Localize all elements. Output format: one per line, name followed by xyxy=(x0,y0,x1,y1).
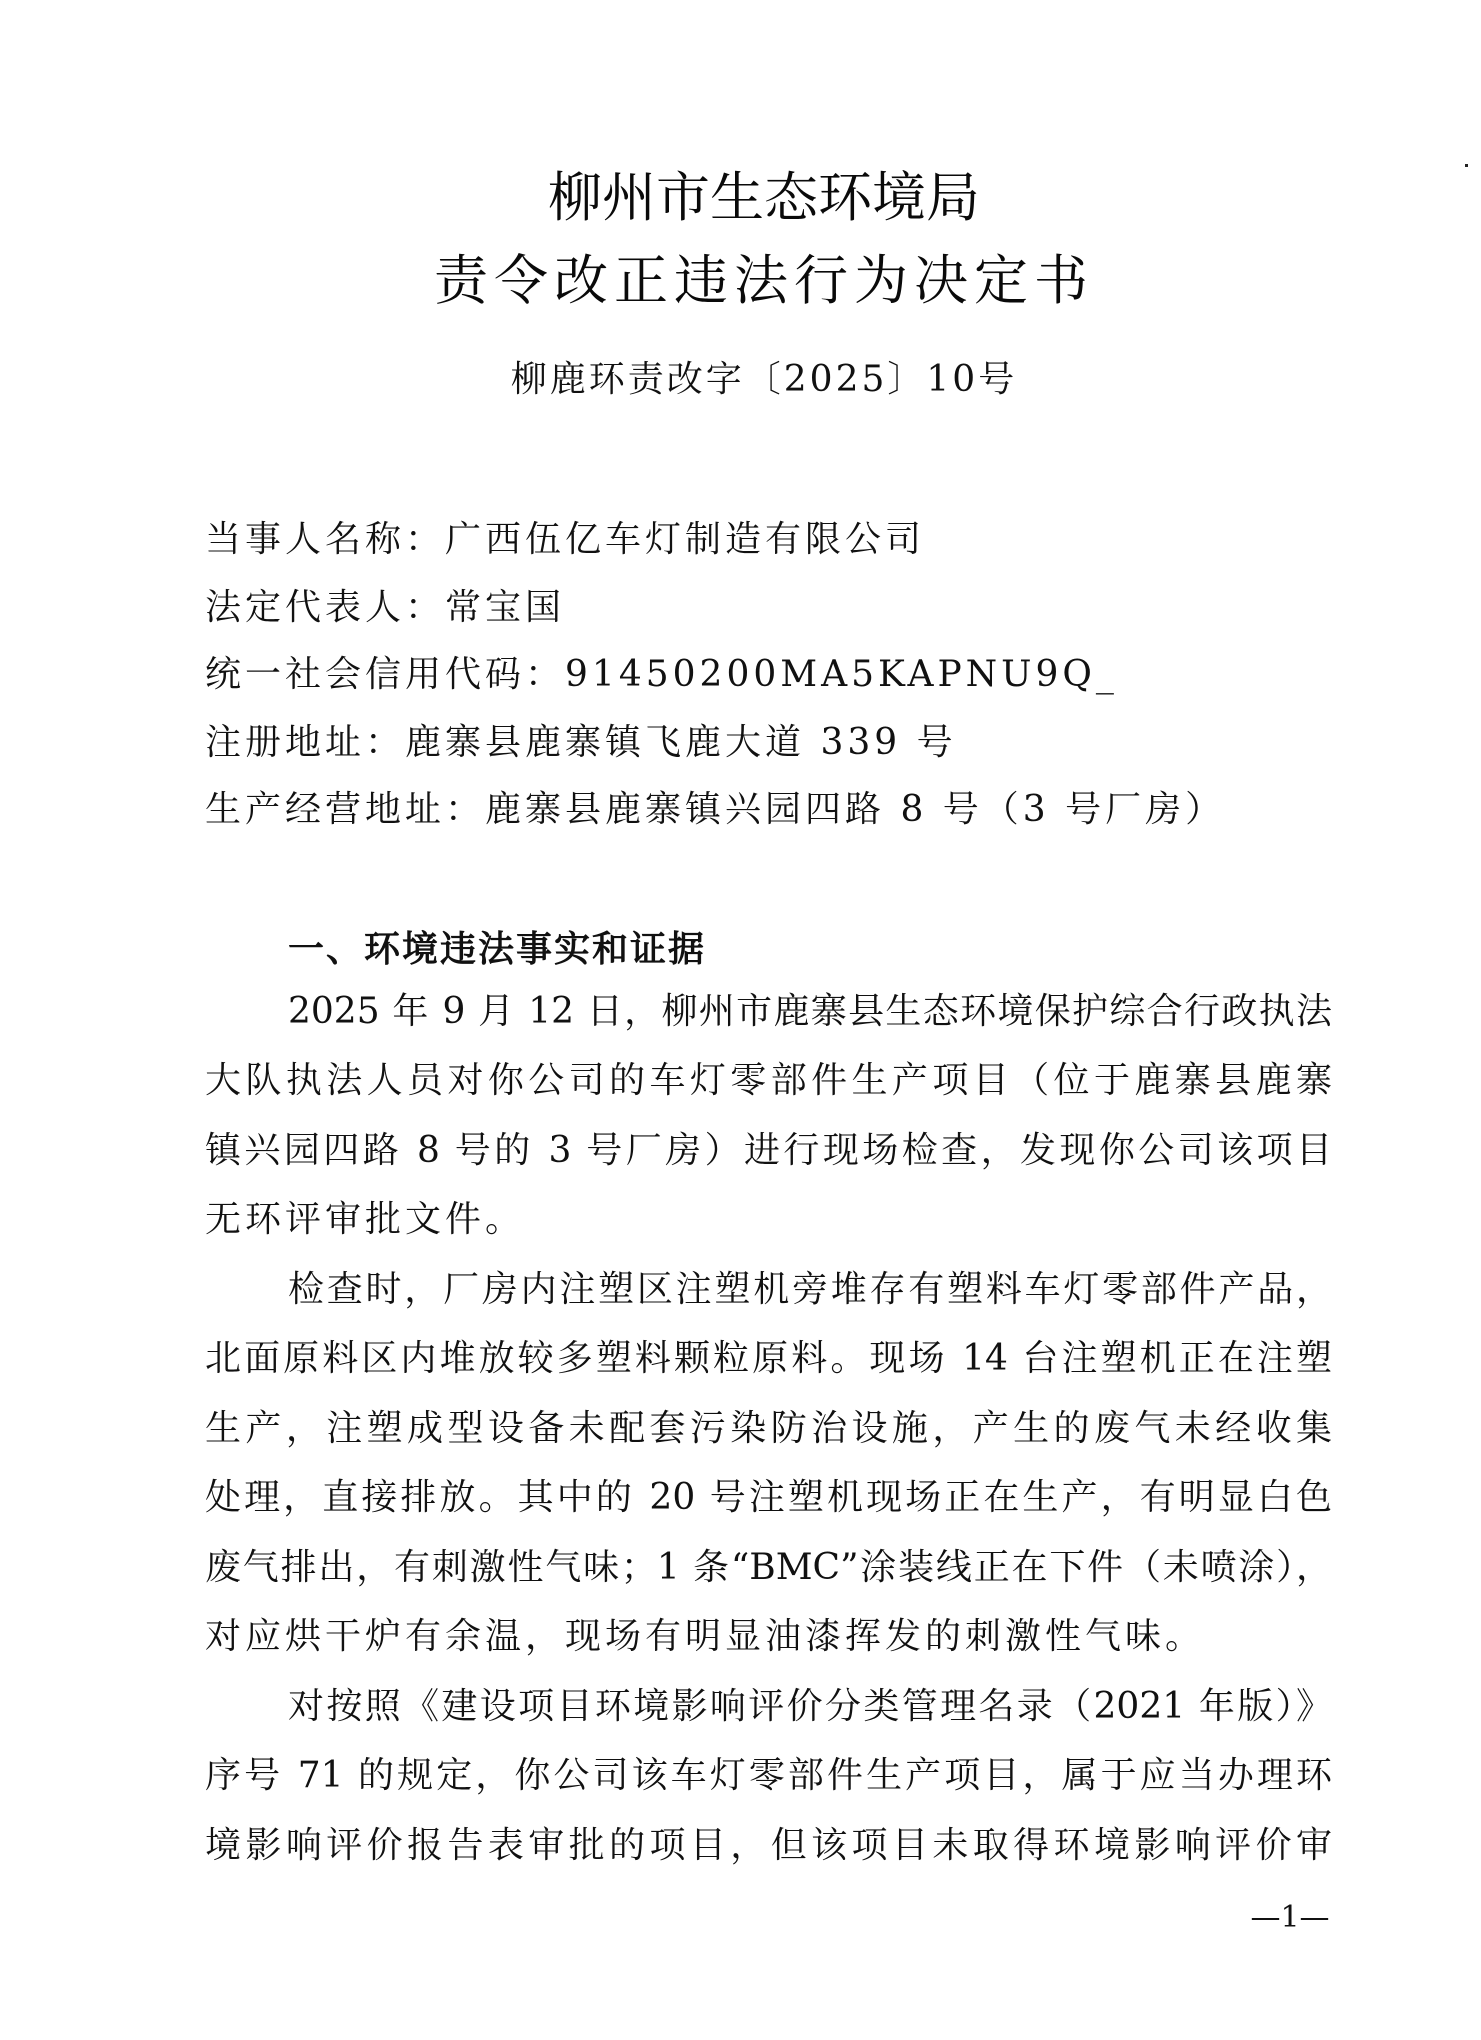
party-name-value: 广西伍亿车灯制造有限公司 xyxy=(445,519,925,560)
document-page: 柳州市生态环境局 责令改正违法行为决定书 柳鹿环责改字〔2025〕10号 当事人… xyxy=(0,0,1481,2040)
registered-address-value: 鹿寨县鹿寨镇飞鹿大道 339 号 xyxy=(405,722,957,763)
body-line: 北面原料区内堆放较多塑料颗粒原料。现场 14 台注塑机正在注塑 xyxy=(205,1337,1332,1381)
body-line: 废气排出，有刺激性气味；1 条“BMC”涂装线正在下件（未喷涂）， xyxy=(205,1546,1332,1590)
body-line: 处理，直接排放。其中的 20 号注塑机现场正在生产，有明显白色 xyxy=(205,1476,1332,1520)
body-line: 大队执法人员对你公司的车灯零部件生产项目（位于鹿寨县鹿寨 xyxy=(205,1059,1332,1103)
scan-speck xyxy=(1465,164,1468,167)
party-name-label: 当事人名称： xyxy=(205,519,445,560)
body-line: 2025 年 9 月 12 日，柳州市鹿寨县生态环境保护综合行政执法 xyxy=(288,990,1332,1034)
document-type-title: 责令改正违法行为决定书 xyxy=(0,251,1481,311)
body-line: 无环评审批文件。 xyxy=(205,1198,1332,1242)
business-address-value: 鹿寨县鹿寨镇兴园四路 8 号（3 号厂房） xyxy=(485,789,1225,830)
body-line: 对应烘干炉有余温，现场有明显油漆挥发的刺激性气味。 xyxy=(205,1615,1332,1659)
registered-address-row: 注册地址：鹿寨县鹿寨镇飞鹿大道 339 号 xyxy=(205,721,957,765)
body-line: 序号 71 的规定，你公司该车灯零部件生产项目，属于应当办理环 xyxy=(205,1754,1332,1798)
section-heading-violation-facts: 一、环境违法事实和证据 xyxy=(288,928,706,972)
legal-representative-row: 法定代表人：常宝国 xyxy=(205,586,565,630)
business-address-row: 生产经营地址：鹿寨县鹿寨镇兴园四路 8 号（3 号厂房） xyxy=(205,788,1225,832)
issuing-authority-title: 柳州市生态环境局 xyxy=(0,168,1481,228)
body-line: 对按照《建设项目环境影响评价分类管理名录（2021 年版）》 xyxy=(288,1685,1332,1729)
body-line: 镇兴园四路 8 号的 3 号厂房）进行现场检查，发现你公司该项目 xyxy=(205,1129,1332,1173)
legal-representative-value: 常宝国 xyxy=(445,587,565,628)
credit-code-row: 统一社会信用代码：91450200MA5KAPNU9Q_ xyxy=(205,653,1118,697)
business-address-label: 生产经营地址： xyxy=(205,789,485,830)
registered-address-label: 注册地址： xyxy=(205,722,405,763)
body-line: 生产，注塑成型设备未配套污染防治设施，产生的废气未经收集 xyxy=(205,1407,1332,1451)
credit-code-value: 91450200MA5KAPNU9Q_ xyxy=(565,654,1118,695)
credit-code-label: 统一社会信用代码： xyxy=(205,654,565,695)
legal-representative-label: 法定代表人： xyxy=(205,587,445,628)
page-number: —1— xyxy=(1236,1898,1344,1938)
party-name-row: 当事人名称：广西伍亿车灯制造有限公司 xyxy=(205,518,925,562)
body-line: 境影响评价报告表审批的项目，但该项目未取得环境影响评价审 xyxy=(205,1824,1332,1868)
document-number: 柳鹿环责改字〔2025〕10号 xyxy=(0,356,1481,404)
body-line: 检查时，厂房内注塑区注塑机旁堆存有塑料车灯零部件产品， xyxy=(288,1268,1332,1312)
